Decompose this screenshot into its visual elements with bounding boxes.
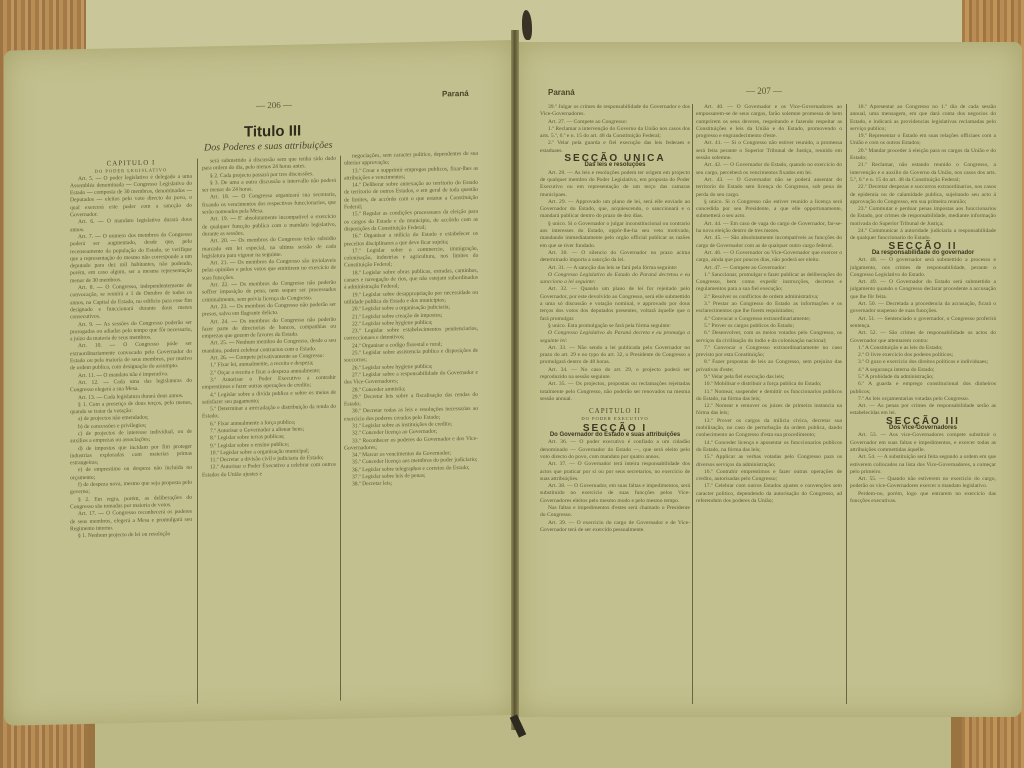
column-rule xyxy=(846,104,847,704)
article-text: Art. 50. — Decretada a procedencia da ac… xyxy=(850,301,996,316)
article-text: 18.º Legislar sobre obras publicas, estr… xyxy=(344,268,478,293)
section-heading: SECÇÃO I xyxy=(540,425,690,432)
section-heading: SECÇÃO UNICA xyxy=(540,155,690,162)
article-text: 8.º Fazer propostas de leis ao Congresso… xyxy=(696,359,842,374)
article-text: Art. 27. — Compete ao Congresso: xyxy=(540,119,690,126)
running-head: Paraná xyxy=(442,89,469,99)
article-text: 18.º Apresentar ao Congresso no 1.º dia … xyxy=(850,104,996,133)
article-text: 2.º Resolver os conflictos de ordem admi… xyxy=(696,294,842,301)
article-text: Art. 35. — Os projectos, propostas ou re… xyxy=(540,381,690,403)
book-gutter xyxy=(511,30,519,730)
article-text: § unico. Si o Congresso não estiver reun… xyxy=(696,199,842,221)
section-subheading: Das leis e resoluções xyxy=(540,162,690,169)
article-text: Art. 8. — O Congresso, independentemente… xyxy=(70,283,192,322)
page-number: — 206 — xyxy=(256,100,292,111)
article-text: Art. 38. — O Governador, em suas faltas … xyxy=(540,483,690,505)
article-text: Art. 33. — Não sendo a lei publicada pel… xyxy=(540,345,690,367)
article-text: Art. 48. — O governador será submettido … xyxy=(850,257,996,279)
article-text: Art. 32. — Quando um plano de lei for re… xyxy=(540,286,690,322)
article-text: Nas faltas e impedimentos d'estes será c… xyxy=(540,505,690,520)
article-text: Art. 34. — No caso do art. 29, o project… xyxy=(540,367,690,382)
article-text: Art. 47. — Compete ao Governador: xyxy=(696,265,842,272)
article-text: 17.º Legislar sobre o commercio, immigra… xyxy=(344,246,478,271)
article-text: Art. 30. — O silencio do Governador no p… xyxy=(540,250,690,265)
article-text: 1.º Sanccionar, promulgar e fazer public… xyxy=(696,272,842,294)
article-text: § unico. Esta promulgação se fará pela f… xyxy=(540,323,690,330)
article-text: Art. 19. — E' absolutamente incompativel… xyxy=(202,214,336,239)
article-text: 23.º Commutar e perdoar penas impostas a… xyxy=(850,206,996,228)
article-text: Art. 51. — Sentenciado o governador, o C… xyxy=(850,316,996,331)
article-text: 12.º Autorisar o Poder Executivo a celeb… xyxy=(202,462,336,479)
article-text: Art. 42. — O Governador do Estado, quand… xyxy=(696,162,842,177)
article-text: 4.º A segurança interna do Estado; xyxy=(850,367,996,374)
article-text: 4.º Convocar o Congresso extraordinariam… xyxy=(696,316,842,323)
article-text: 12.º Nomear e remover os juizes de prime… xyxy=(696,403,842,418)
article-text: Art. 37. — O Governador terá inteira res… xyxy=(540,461,690,483)
article-text: 14.º Conceder licença e aposentar os fun… xyxy=(696,440,842,455)
article-text: 22.º Decretar despezas e soccorros extra… xyxy=(850,184,996,206)
section-subheading: Dos Vice-Governadores xyxy=(850,425,996,432)
article-text: 17.º Celebrar com outros Estados ajustes… xyxy=(696,483,842,505)
article-text: 10.º Mobilisar e distribuir a força publ… xyxy=(696,381,842,388)
article-text: Art. 39. — O exercicio do cargo de Gover… xyxy=(540,520,690,535)
chapter-subheading: DO PODER EXECUTIVO xyxy=(540,415,690,422)
article-text: § 1. Nenhum projecto de lei ou resolução xyxy=(70,531,192,541)
title: Titulo III xyxy=(244,122,301,140)
article-text: Art. 22. — Os membros do Congresso não p… xyxy=(202,280,336,305)
article-text: Art. 40. — O Governador e os Vice-Govern… xyxy=(696,104,842,140)
article-text: Art. 52. — São crimes de responsabilidad… xyxy=(850,330,996,345)
article-text: 19.º Representar o Estado em suas relaçõ… xyxy=(850,133,996,148)
article-text: 11.º Nomear, suspender e demittir os fun… xyxy=(696,389,842,404)
column-rule xyxy=(197,159,198,704)
article-text: Art. 18. — O Congresso organizará sua se… xyxy=(202,192,336,217)
article-text: O Congresso Legislativo do Estado do Par… xyxy=(540,272,690,287)
article-text: 13.º Prover os cargos da milicia civica,… xyxy=(696,418,842,440)
article-text: Art. 9. — As sessões do Congresso poderã… xyxy=(70,319,192,343)
article-text: Art. 21. — Os membros do Congresso são i… xyxy=(202,258,336,283)
article-text: 7.º Convocar o Congresso extraordinariam… xyxy=(696,345,842,360)
article-text: 20.º Mandar proceder á eleição para os c… xyxy=(850,148,996,163)
left-column-1: CAPITULO I DO PODER LEGISLATIVO Art. 5. … xyxy=(70,159,192,707)
article-text: O Congresso Legislativo do Paraná decret… xyxy=(540,330,690,345)
running-head: Paraná xyxy=(548,88,575,97)
article-text: 21.º Reclamar, não estando reunido o Con… xyxy=(850,162,996,184)
article-text: Art. 53. — Aos vice-Governadores compete… xyxy=(850,432,996,454)
article-text: Art. 31. — A sancção das leis se fará pe… xyxy=(540,265,690,272)
section-heading: SECÇÃO II xyxy=(850,243,996,250)
article-text: 15.º Regular as condições processuaes da… xyxy=(344,209,478,234)
article-text: 6.º A guarda e emprego constitucional do… xyxy=(850,381,996,396)
article-text: 38.º Decretar leis; xyxy=(344,479,478,489)
column-rule xyxy=(692,104,693,704)
article-text: 6.º Desenvolver, com os meios votados pe… xyxy=(696,330,842,345)
section-heading: SECÇÃO III xyxy=(850,418,996,425)
article-text: Art. 55. — Quando não estiverem no exerc… xyxy=(850,476,996,491)
article-text: Art. 5. — O poder legislativo é delegado… xyxy=(70,173,192,219)
right-column-3: 18.º Apresentar ao Congresso no 1.º dia … xyxy=(850,104,996,704)
chapter-heading: CAPITULO II xyxy=(540,408,690,415)
article-text: Art. 44. — Em caso de vaga do cargo de G… xyxy=(696,221,842,236)
article-text: 5.º Prover os cargos publicos do Estado; xyxy=(696,323,842,330)
article-text: Art. 36. — O poder executivo é confiado … xyxy=(540,439,690,461)
article-text: 5.º A probidade da administração; xyxy=(850,374,996,381)
article-text: Art. 41. — Si o Congresso não estiver re… xyxy=(696,140,842,162)
article-text: d) de impostos que incidam por fim prote… xyxy=(70,443,192,467)
article-text: 3.º Prestar ao Congresso do Estado as in… xyxy=(696,301,842,316)
article-text: 7.º As leis orçamentarias votadas pelo C… xyxy=(850,396,996,403)
column-rule xyxy=(340,156,341,701)
article-text: 39.º Julgar os crimes de responsabilidad… xyxy=(540,104,690,119)
article-text: Art. 29. — Approvado um plano de lei, se… xyxy=(540,199,690,221)
article-text: 1.º A Constituição e as leis do Estado; xyxy=(850,345,996,352)
section-subheading: Da responsabilidade do governador xyxy=(850,250,996,257)
right-column-2: Art. 40. — O Governador e os Vice-Govern… xyxy=(696,104,842,704)
right-page: Paraná — 207 — 39.º Julgar os crimes de … xyxy=(516,42,1022,717)
right-column-1: 39.º Julgar os crimes de responsabilidad… xyxy=(540,104,690,704)
article-text: Art. 43. — O Governador não se poderá au… xyxy=(696,177,842,199)
article-text: Art. 45. — São absolutamente incompative… xyxy=(696,235,842,250)
article-text: 1.º Reclamar a intervenção do Governo da… xyxy=(540,126,690,141)
article-text: 3.º O gozo e exercicio dos direitos polí… xyxy=(850,359,996,366)
left-page: — 206 — Paraná Titulo III Dos Poderes e … xyxy=(4,40,514,726)
article-text: § unico. Si o Governador o julgar incons… xyxy=(540,221,690,250)
article-text: 2.º O livre exercicio dos poderes políti… xyxy=(850,352,996,359)
subtitle: Dos Poderes e suas attribuições xyxy=(204,140,333,154)
left-column-2: será submettido á discussão sem que tenh… xyxy=(202,156,336,704)
article-text: 15.º Applicar as verbas votadas pelo Con… xyxy=(696,454,842,469)
article-text: Art. 7. — O numero dos membros do Congre… xyxy=(70,232,192,286)
article-text: Art. 54. — A substituição será feita seg… xyxy=(850,454,996,476)
article-text: Art. 28. — As leis e resoluções podem te… xyxy=(540,170,690,199)
article-text: Art. 46. — O Governador ou Vice-Governad… xyxy=(696,250,842,265)
page-number: — 207 — xyxy=(746,86,782,96)
article-text: Art. 17. — O Congresso reconhecerá os po… xyxy=(70,509,192,533)
left-column-3: negociações, sem caracter politico, depe… xyxy=(344,151,478,701)
article-text: 16.º Contrahir emprestimos e fazer outra… xyxy=(696,469,842,484)
article-text: 14.º Deliberar sobre annexação ao territ… xyxy=(344,180,478,212)
article-text: Art. 49. — O Governador do Estado será s… xyxy=(850,279,996,301)
article-text: Perdem-no, porém, logo que entrarem no e… xyxy=(850,491,996,506)
article-text: Art. 10. — O Congresso póde ser extraord… xyxy=(70,341,192,373)
article-text: Art. 24. — Os membros do Congresso não p… xyxy=(202,316,336,341)
article-text: Art. 20. — Os membros do Congresso terão… xyxy=(202,236,336,261)
